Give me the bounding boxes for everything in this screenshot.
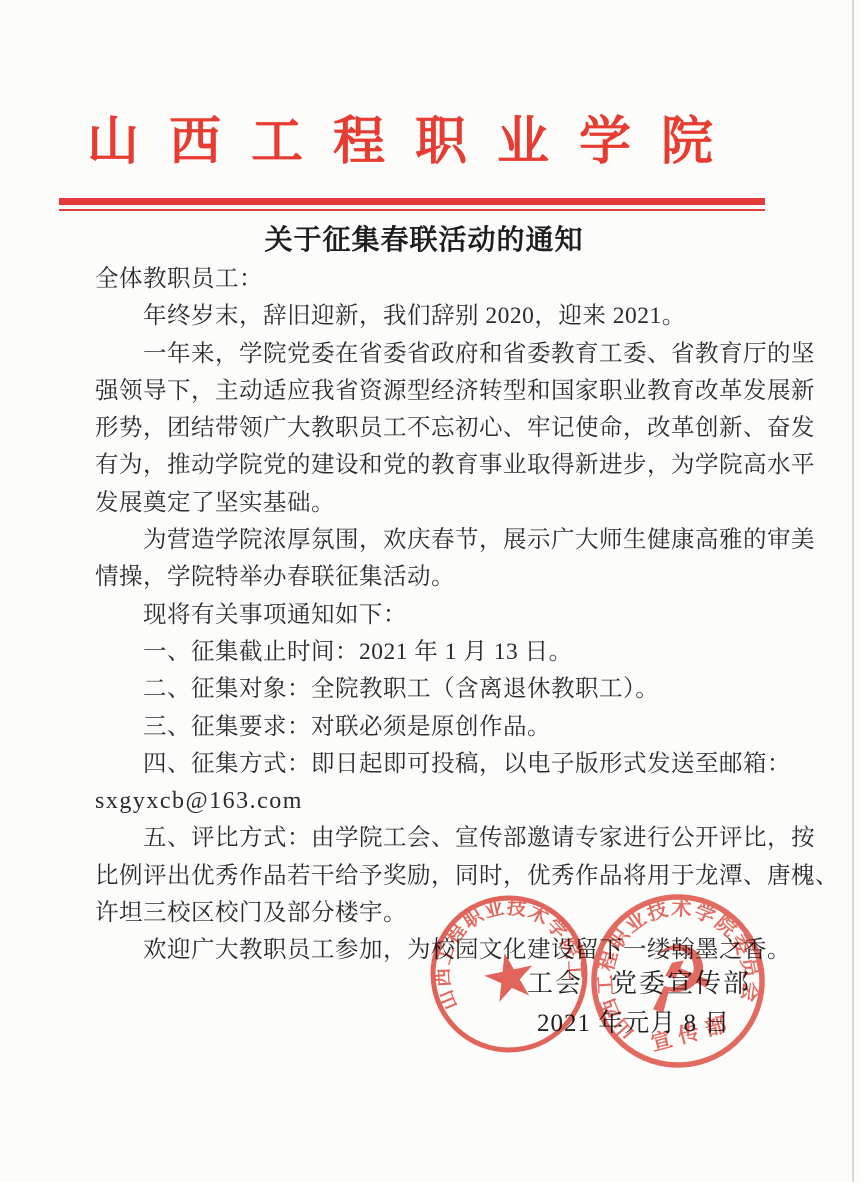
body-line: 强领导下，主动适应我省资源型经济转型和国家职业教育改革发展新 xyxy=(95,373,803,410)
body-line: 二、征集对象：全院教职工（含离退休教职工）。 xyxy=(95,671,803,708)
signature-date: 2021 年元月 8 日 xyxy=(537,1003,730,1039)
body-line: 现将有关事项通知如下： xyxy=(95,597,803,634)
header-rule-thick xyxy=(59,198,765,205)
body-line: 一、征集截止时间：2021 年 1 月 13 日。 xyxy=(95,634,803,671)
body-line: 年终岁末，辞旧迎新，我们辞别 2020，迎来 2021。 xyxy=(95,298,803,335)
header-rule-thin xyxy=(59,209,765,211)
body-line: 三、征集要求：对联必须是原创作品。 xyxy=(95,709,803,746)
document-title: 关于征集春联活动的通知 xyxy=(0,218,848,258)
notice-page: 山西工程职业学院 关于征集春联活动的通知 全体教职员工： 年终岁末，辞旧迎新，我… xyxy=(0,0,860,1182)
college-name-header: 山西工程职业学院 xyxy=(0,113,845,173)
body-line: 一年来，学院党委在省委省政府和省委教育工委、省教育厅的坚 xyxy=(95,336,803,373)
body-line: 有为，推动学院党的建设和党的教育事业取得新进步，为学院高水平 xyxy=(95,447,803,484)
scan-page-edge xyxy=(852,0,854,1182)
contact-email: sxgyxcb@163.com xyxy=(95,783,803,820)
body-line: 比例评出优秀作品若干给予奖励，同时，优秀作品将用于龙潭、唐槐、 xyxy=(95,858,803,895)
body-line: 发展奠定了坚实基础。 xyxy=(95,485,803,522)
body-line: 为营造学院浓厚氛围，欢庆春节，展示广大师生健康高雅的审美 xyxy=(95,522,803,559)
body-line: 五、评比方式：由学院工会、宣传部邀请专家进行公开评比，按 xyxy=(95,820,803,857)
signature-union: 工会 xyxy=(527,963,583,1000)
body-line: 情操，学院特举办春联征集活动。 xyxy=(95,559,803,596)
body-line: 全体教职员工： xyxy=(95,261,803,298)
signature-department: 党委宣传部 xyxy=(611,963,751,1000)
notice-body: 全体教职员工： 年终岁末，辞旧迎新，我们辞别 2020，迎来 2021。 一年来… xyxy=(95,261,803,970)
body-line: 形势，团结带领广大教职员工不忘初心、牢记使命，改革创新、奋发 xyxy=(95,410,803,447)
body-line: 四、征集方式：即日起即可投稿，以电子版形式发送至邮箱： xyxy=(95,746,803,783)
body-line: 许坦三校区校门及部分楼宇。 xyxy=(95,895,803,932)
